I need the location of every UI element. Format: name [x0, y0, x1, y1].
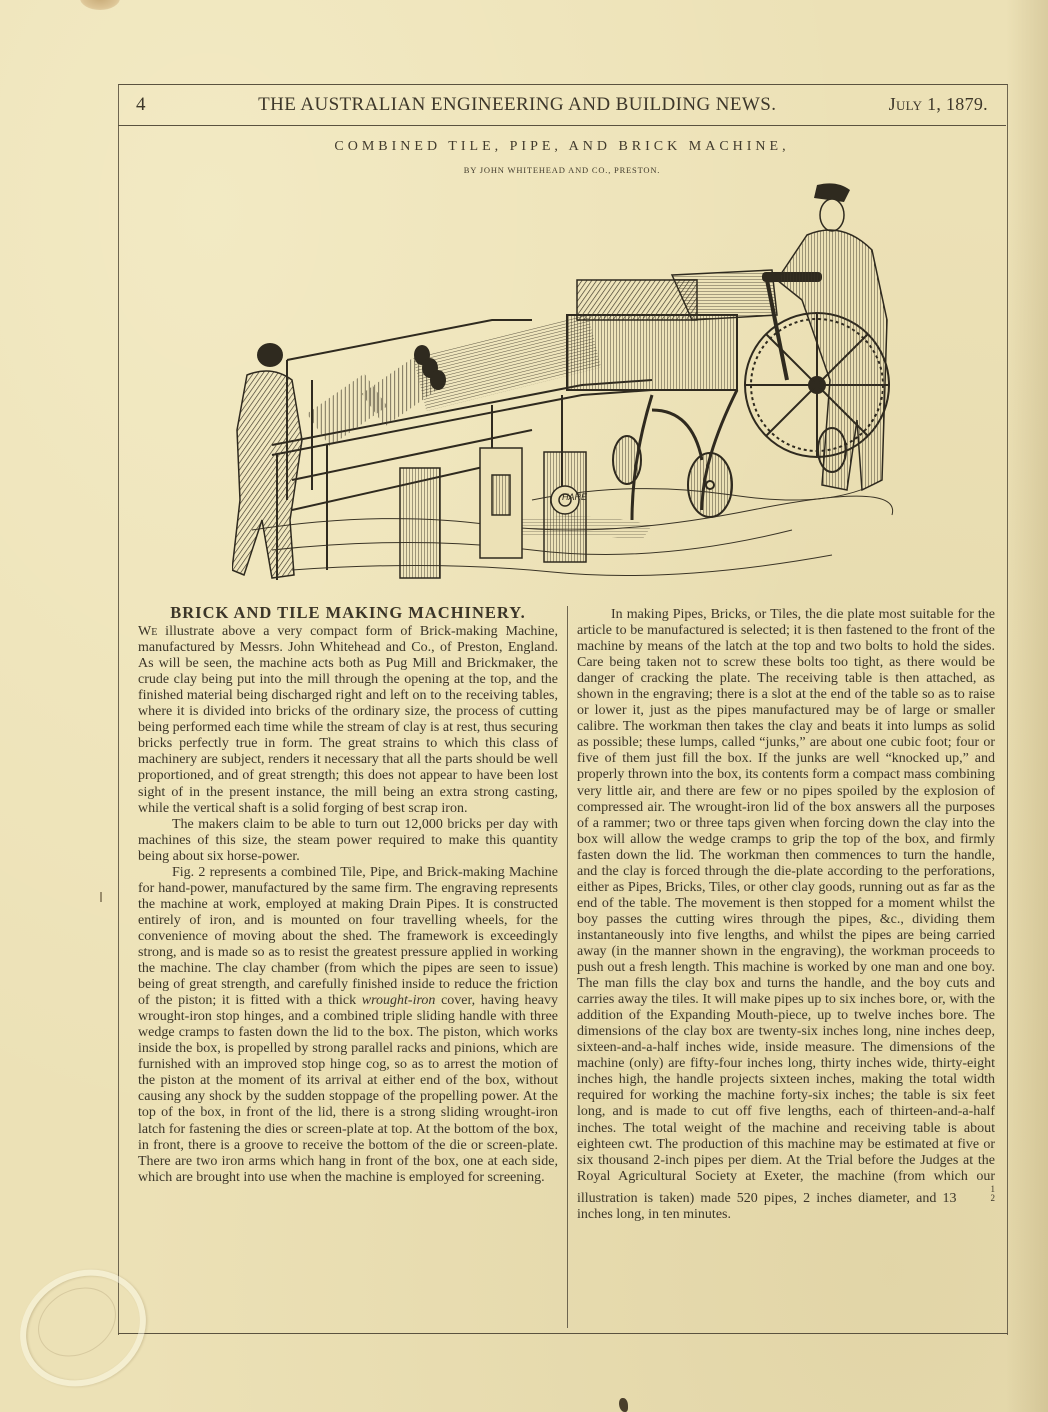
- margin-mark: [100, 892, 102, 902]
- article-heading: BRICK AND TILE MAKING MACHINERY.: [138, 605, 558, 621]
- publication-title: THE AUSTRALIAN ENGINEERING AND BUILDING …: [258, 94, 776, 116]
- die-plates: [400, 448, 586, 578]
- paragraph-output: The makers claim to be able to turn out …: [138, 817, 558, 865]
- paragraph-intro: We illustrate above a very compact form …: [138, 624, 558, 817]
- engraver-signature: HARE: [562, 492, 588, 502]
- ink-blot: [619, 1398, 628, 1412]
- boy-figure: [232, 343, 302, 578]
- column-divider: [567, 606, 568, 1328]
- drain-pipes: [307, 314, 601, 446]
- dropcap: We: [138, 624, 157, 639]
- running-head: 4 THE AUSTRALIAN ENGINEERING AND BUILDIN…: [118, 84, 1006, 126]
- machine-engraving: HARE: [232, 180, 912, 590]
- issue-date: July 1, 1879.: [889, 94, 988, 115]
- wheels: [613, 428, 846, 517]
- page-number: 4: [136, 94, 146, 116]
- figure-byline: BY JOHN WHITEHEAD AND CO., PRESTON.: [118, 165, 1006, 175]
- figure-title: COMBINED TILE, PIPE, AND BRICK MACHINE,: [118, 139, 1006, 155]
- paper-stain: [80, 0, 120, 10]
- article-left-column: BRICK AND TILE MAKING MACHINERY. We illu…: [138, 605, 558, 1186]
- article-right-column: In making Pipes, Bricks, or Tiles, the d…: [577, 607, 995, 1223]
- bottom-rule: [118, 1333, 1008, 1334]
- paragraph-fig2: Fig. 2 represents a combined Tile, Pipe,…: [138, 865, 558, 1186]
- man-figure: [777, 183, 887, 490]
- fraction-half: 12: [957, 1185, 996, 1203]
- paragraph-operation: In making Pipes, Bricks, or Tiles, the d…: [577, 607, 995, 1223]
